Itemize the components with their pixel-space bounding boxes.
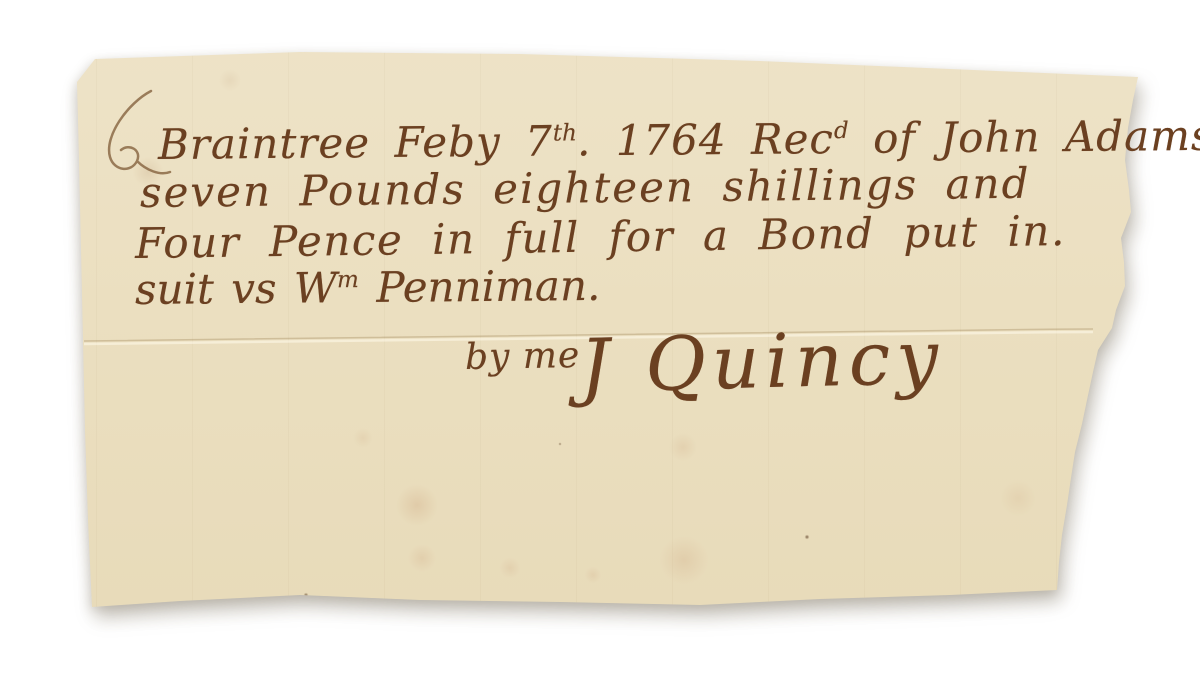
text-segment: Penniman. bbox=[359, 261, 601, 312]
handwritten-line-suit: suit vs Wm Penniman. bbox=[135, 265, 601, 311]
text-segment: Braintree Feby 7 bbox=[158, 117, 553, 169]
scanned-document-background: Braintree Feby 7th. 1764 Recd of John Ad… bbox=[0, 0, 1200, 684]
text-segment: . 1764 Rec bbox=[577, 114, 834, 165]
text-segment-superscript: m bbox=[337, 267, 359, 293]
signature-prefix: by me bbox=[465, 338, 581, 376]
text-segment: of John Adams bbox=[849, 111, 1200, 163]
handwritten-line-purpose: Four Pence in full for a Bond put in. bbox=[135, 210, 1066, 265]
text-segment: suit vs W bbox=[135, 263, 337, 314]
text-segment-superscript: d bbox=[834, 118, 849, 144]
handwritten-line-amount: seven Pounds eighteen shillings and bbox=[140, 163, 1031, 214]
text-segment-superscript: th bbox=[553, 120, 577, 146]
handwritten-line-place-date: Braintree Feby 7th. 1764 Recd of John Ad… bbox=[158, 115, 1200, 166]
signature-name: J Quincy bbox=[579, 320, 945, 404]
